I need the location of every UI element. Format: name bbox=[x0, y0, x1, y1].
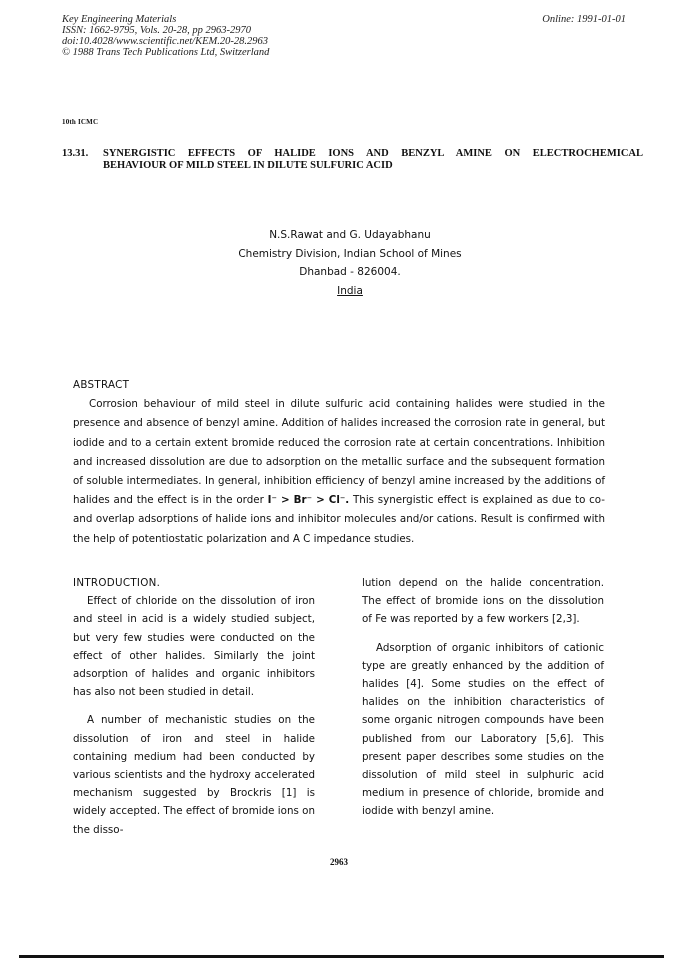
online-date: Online: 1991-01-01 bbox=[542, 14, 626, 25]
right-column: lution depend on the halide concentratio… bbox=[362, 574, 604, 821]
section-number: 13.31. bbox=[62, 148, 88, 160]
introduction-heading: INTRODUCTION. bbox=[73, 574, 315, 592]
intro-paragraph-2-continued: lution depend on the halide concentratio… bbox=[362, 574, 604, 629]
intro-paragraph-2: A number of mechanistic studies on the d… bbox=[73, 711, 315, 838]
abstract-body: Corrosion behaviour of mild steel in dil… bbox=[73, 395, 605, 549]
intro-paragraph-3: Adsorption of organic inhibitors of cati… bbox=[362, 639, 604, 821]
affiliation: Chemistry Division, Indian School of Min… bbox=[22, 245, 678, 264]
halide-order: I⁻ > Br⁻ > Cl⁻. bbox=[268, 494, 350, 506]
journal-name: Key Engineering Materials bbox=[62, 14, 269, 25]
page-number: 2963 bbox=[0, 857, 678, 867]
conference-tag: 10th ICMC bbox=[62, 118, 98, 126]
abstract-heading: ABSTRACT bbox=[73, 376, 605, 395]
abstract-text-1: Corrosion behaviour of mild steel in dil… bbox=[73, 398, 605, 506]
left-column: INTRODUCTION. Effect of chloride on the … bbox=[73, 574, 315, 839]
country: India bbox=[337, 285, 363, 297]
intro-paragraph-1: Effect of chloride on the dissolution of… bbox=[73, 592, 315, 701]
city: Dhanbad - 826004. bbox=[22, 263, 678, 282]
title-line-2: BEHAVIOUR OF MILD STEEL IN DILUTE SULFUR… bbox=[103, 160, 393, 172]
bottom-rule bbox=[19, 955, 664, 958]
title-line-1: SYNERGISTIC EFFECTS OF HALIDE IONS AND B… bbox=[103, 148, 643, 160]
abstract-section: ABSTRACT Corrosion behaviour of mild ste… bbox=[73, 376, 605, 549]
author-names: N.S.Rawat and G. Udayabhanu bbox=[22, 226, 678, 245]
doi-line: doi:10.4028/www.scientific.net/KEM.20-28… bbox=[62, 36, 269, 47]
copyright-line: © 1988 Trans Tech Publications Ltd, Swit… bbox=[62, 47, 269, 58]
author-block: N.S.Rawat and G. Udayabhanu Chemistry Di… bbox=[0, 226, 678, 300]
issn-line: ISSN: 1662-9795, Vols. 20-28, pp 2963-29… bbox=[62, 25, 269, 36]
journal-header: Key Engineering Materials ISSN: 1662-979… bbox=[62, 14, 269, 58]
